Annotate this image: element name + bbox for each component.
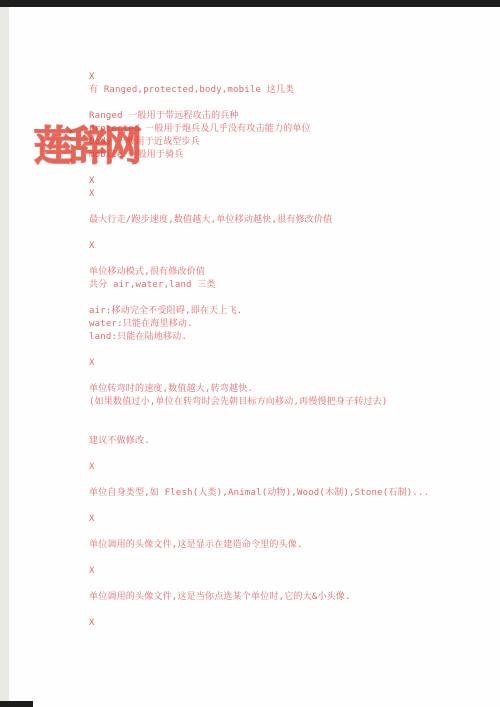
text-line	[89, 604, 489, 617]
text-line: X	[89, 357, 489, 370]
scanned-document-page: { "frame": { "top_bar_color": "#1d1d1b",…	[0, 0, 500, 707]
text-line: body 一般用于近战型步兵	[89, 136, 489, 149]
text-line	[89, 409, 489, 422]
text-line	[89, 292, 489, 305]
text-line: X	[89, 240, 489, 253]
text-line: 单位调用的头像文件,这是当你点选某个单位时,它的大&小头像.	[89, 591, 489, 604]
text-line: X	[89, 175, 489, 188]
text-line	[89, 500, 489, 513]
text-line: (如果数值过小,单位在转弯时会先朝目标方向移动,再慢慢把身子转过去)	[89, 396, 489, 409]
text-line	[89, 201, 489, 214]
text-line	[89, 227, 489, 240]
text-line: X	[89, 461, 489, 474]
text-line: 建议不做修改.	[89, 435, 489, 448]
bottom-left-corner-mark	[0, 701, 33, 707]
text-line: 有 Ranged,protected,body,mobile 这几类	[89, 84, 489, 97]
text-line: 单位调用的头像文件,这是显示在建造命令里的头像.	[89, 539, 489, 552]
page-left-margin-strip	[0, 7, 9, 707]
text-line: Ranged 一般用于带远程攻击的兵种	[89, 110, 489, 123]
text-line: X	[89, 513, 489, 526]
text-line	[89, 344, 489, 357]
document-page: X有 Ranged,protected,body,mobile 这几类Range…	[9, 7, 500, 707]
text-line	[89, 552, 489, 565]
text-line	[89, 526, 489, 539]
text-line	[89, 578, 489, 591]
text-line: water:只能在海里移动.	[89, 318, 489, 331]
text-line: 单位自身类型,如 Flesh(人类),Animal(动物),Wood(木制),S…	[89, 487, 489, 500]
text-line: air:移动完全不受阻碍,即在天上飞.	[89, 305, 489, 318]
document-body: X有 Ranged,protected,body,mobile 这几类Range…	[89, 71, 489, 630]
text-line	[89, 448, 489, 461]
text-line: X	[89, 71, 489, 84]
text-line: land:只能在陆地移动.	[89, 331, 489, 344]
text-line: X	[89, 565, 489, 578]
text-line: 单位移动模式,很有修改价值	[89, 266, 489, 279]
text-line: protected 一般用于炮兵及几乎没有攻击能力的单位	[89, 123, 489, 136]
text-line	[89, 162, 489, 175]
text-line: X	[89, 617, 489, 630]
text-line	[89, 253, 489, 266]
text-line: X	[89, 188, 489, 201]
text-line	[89, 474, 489, 487]
text-line: 最大行走/跑步速度,数值越大,单位移动越快,很有修改价值	[89, 214, 489, 227]
window-top-bar	[0, 0, 500, 7]
text-line: mobile 一般用于骑兵	[89, 149, 489, 162]
text-line: 共分 air,water,land 三类	[89, 279, 489, 292]
text-line	[89, 97, 489, 110]
text-line	[89, 370, 489, 383]
text-line: 单位转弯时的速度,数值越大,转弯越快.	[89, 383, 489, 396]
text-line	[89, 422, 489, 435]
